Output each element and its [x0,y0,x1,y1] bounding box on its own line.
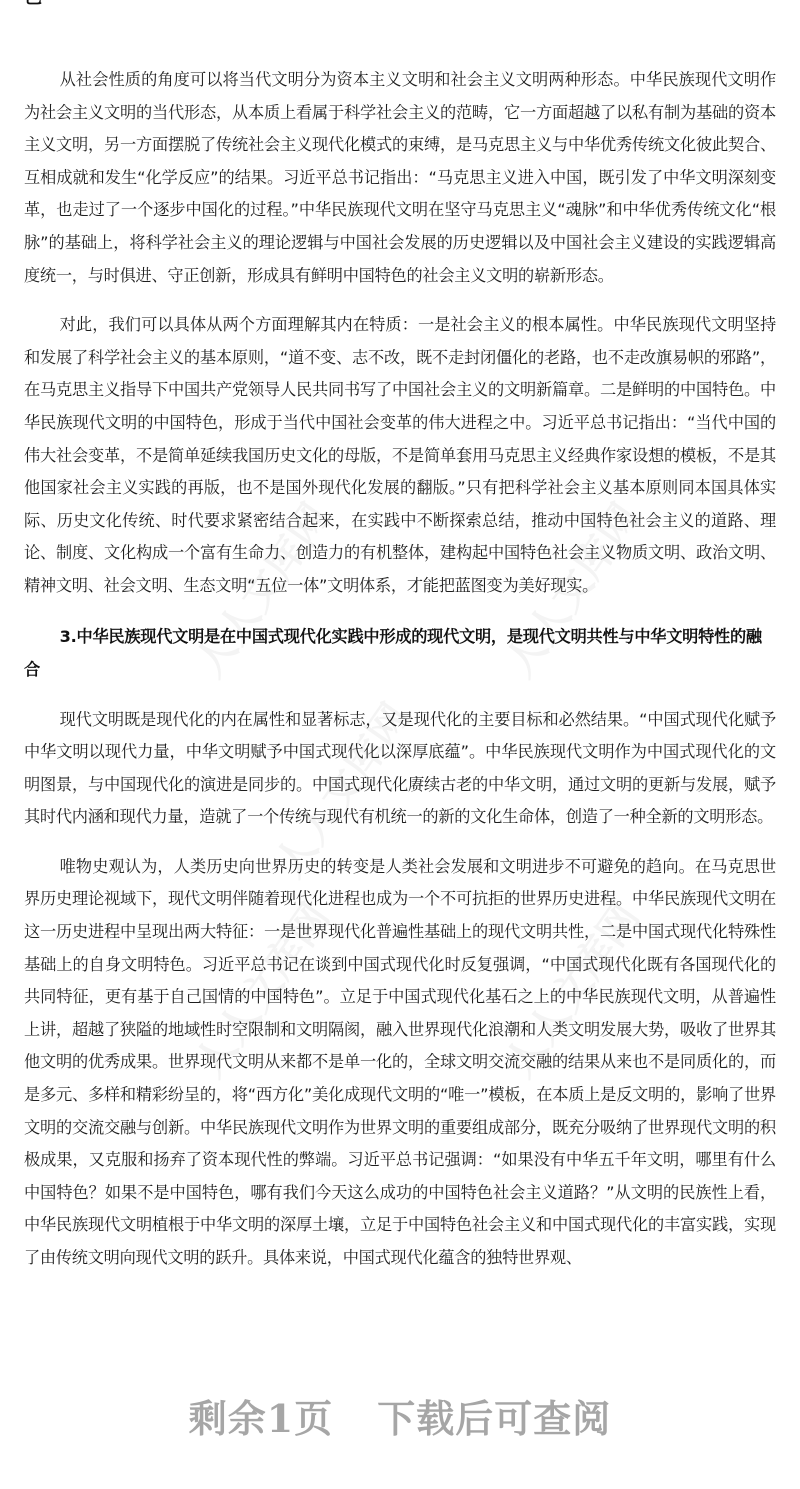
paragraph-inner-characteristics: 对此，我们可以具体从两个方面理解其内在特质：一是社会主义的根本属性。中华民族现代… [24,309,776,602]
remaining-pages-label[interactable]: 剩余1页 [189,1396,333,1441]
section-heading-3: 3.中华民族现代文明是在中国式现代化实践中形成的现代文明，是现代文明共性与中华文… [24,620,776,686]
download-to-view-label[interactable]: 下载后可查阅 [377,1396,611,1441]
partial-heading-char: 色 [24,0,42,8]
paragraph-historical-materialism: 唯物史观认为，人类历史向世界历史的转变是人类社会发展和文明进步不可避免的趋向。在… [24,851,776,1275]
document-body: 从社会性质的角度可以将当代文明分为资本主义文明和社会主义文明两种形态。中华民族现… [24,64,776,1292]
paragraph-socialist-civilization: 从社会性质的角度可以将当代文明分为资本主义文明和社会主义文明两种形态。中华民族现… [24,64,776,292]
download-prompt[interactable]: 剩余1页下载后可查阅 [0,1388,800,1443]
paragraph-modern-civilization: 现代文明既是现代化的内在属性和显著标志，又是现代化的主要目标和必然结果。“中国式… [24,704,776,834]
document-page: 人人文库网 人人文库网 人人文库网 人人文库网 人人文库网 色 从社会性质的角度… [0,0,800,1489]
